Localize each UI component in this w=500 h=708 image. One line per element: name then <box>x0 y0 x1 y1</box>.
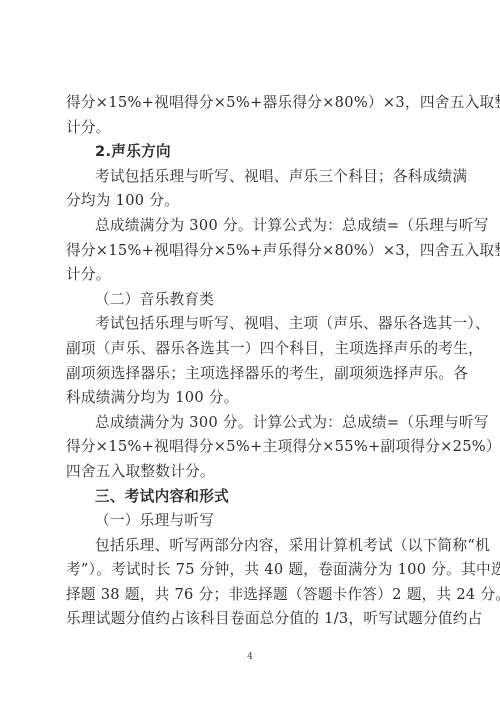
text-line: 得分×15%+视唱得分×5%+声乐得分×80%）×3，四舍五入取整数 <box>66 239 438 264</box>
text-line: 得分×15%+视唱得分×5%+主项得分×55%+副项得分×25%）×3， <box>66 435 438 460</box>
section-heading-music-education: （二）音乐教育类 <box>66 288 438 313</box>
text-line: 科成绩满分均为 100 分。 <box>66 386 438 411</box>
text-line: 计分。 <box>66 116 438 141</box>
text-line: 总成绩满分为 300 分。计算公式为：总成绩=（乐理与听写 <box>66 214 438 239</box>
text-line: 考试包括乐理与听写、视唱、主项（声乐、器乐各选其一）、 <box>66 312 438 337</box>
text-line: 总成绩满分为 300 分。计算公式为：总成绩=（乐理与听写 <box>66 411 438 436</box>
text-line: 计分。 <box>66 263 438 288</box>
text-line: 考试包括乐理与听写、视唱、声乐三个科目；各科成绩满 <box>66 165 438 190</box>
subheading-vocal-direction: 2.声乐方向 <box>66 140 438 165</box>
section-heading-theory-dictation: （一）乐理与听写 <box>66 509 438 534</box>
text-line: 四舍五入取整数计分。 <box>66 460 438 485</box>
text-line: 副项须选择器乐；主项选择器乐的考生，副项须选择声乐。各 <box>66 362 438 387</box>
document-body: 得分×15%+视唱得分×5%+器乐得分×80%）×3，四舍五入取整数 计分。 2… <box>66 91 438 632</box>
text-line: 副项（声乐、器乐各选其一）四个科目，主项选择声乐的考生， <box>66 337 438 362</box>
text-line: 包括乐理、听写两部分内容，采用计算机考试（以下简称“机 <box>66 534 438 559</box>
text-line: 得分×15%+视唱得分×5%+器乐得分×80%）×3，四舍五入取整数 <box>66 91 438 116</box>
page-number: 4 <box>0 652 500 662</box>
text-line: 考”）。考试时长 75 分钟，共 40 题，卷面满分为 100 分。其中选 <box>66 558 438 583</box>
main-heading-exam-content: 三、考试内容和形式 <box>66 485 438 510</box>
text-line: 择题 38 题，共 76 分；非选择题（答题卡作答）2 题，共 24 分。 <box>66 583 438 608</box>
text-line: 乐理试题分值约占该科目卷面总分值的 1/3，听写试题分值约占 <box>66 607 438 632</box>
text-line: 分均为 100 分。 <box>66 189 438 214</box>
